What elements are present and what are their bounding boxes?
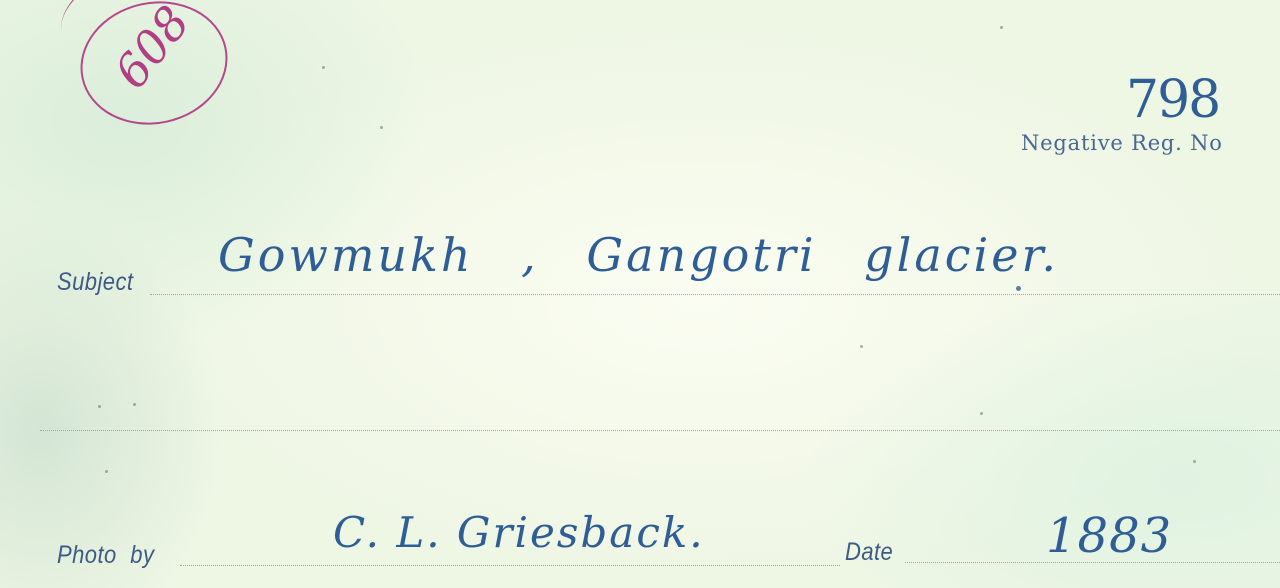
negative-reg-number: 798 <box>1126 70 1219 130</box>
paper-speck <box>105 470 108 473</box>
paper-speck <box>860 345 863 348</box>
paper-speck <box>322 66 325 69</box>
subject-label: Subject <box>57 268 133 297</box>
date-label: Date <box>845 538 893 567</box>
photo-by-value: C. L. Griesback. <box>333 508 705 557</box>
paper-speck <box>980 412 983 415</box>
paper-speck <box>1193 460 1196 463</box>
subject-rule <box>150 294 1280 295</box>
register-card: 608 798 Negative Reg. No Subject Gowmukh… <box>0 0 1280 588</box>
date-value: 1883 <box>1046 508 1172 564</box>
negative-reg-label: Negative Reg. No <box>1021 131 1223 155</box>
paper-speck <box>380 126 383 129</box>
subject-value: Gowmukh , Gangotri glacier. <box>218 228 1059 282</box>
subject-rule-continued <box>40 430 1280 431</box>
ink-dot <box>1016 286 1021 291</box>
paper-speck <box>98 405 101 408</box>
photo-by-label: Photo by <box>57 541 154 570</box>
paper-speck <box>133 403 136 406</box>
paper-speck <box>1000 26 1003 29</box>
photo-by-rule <box>180 565 840 566</box>
